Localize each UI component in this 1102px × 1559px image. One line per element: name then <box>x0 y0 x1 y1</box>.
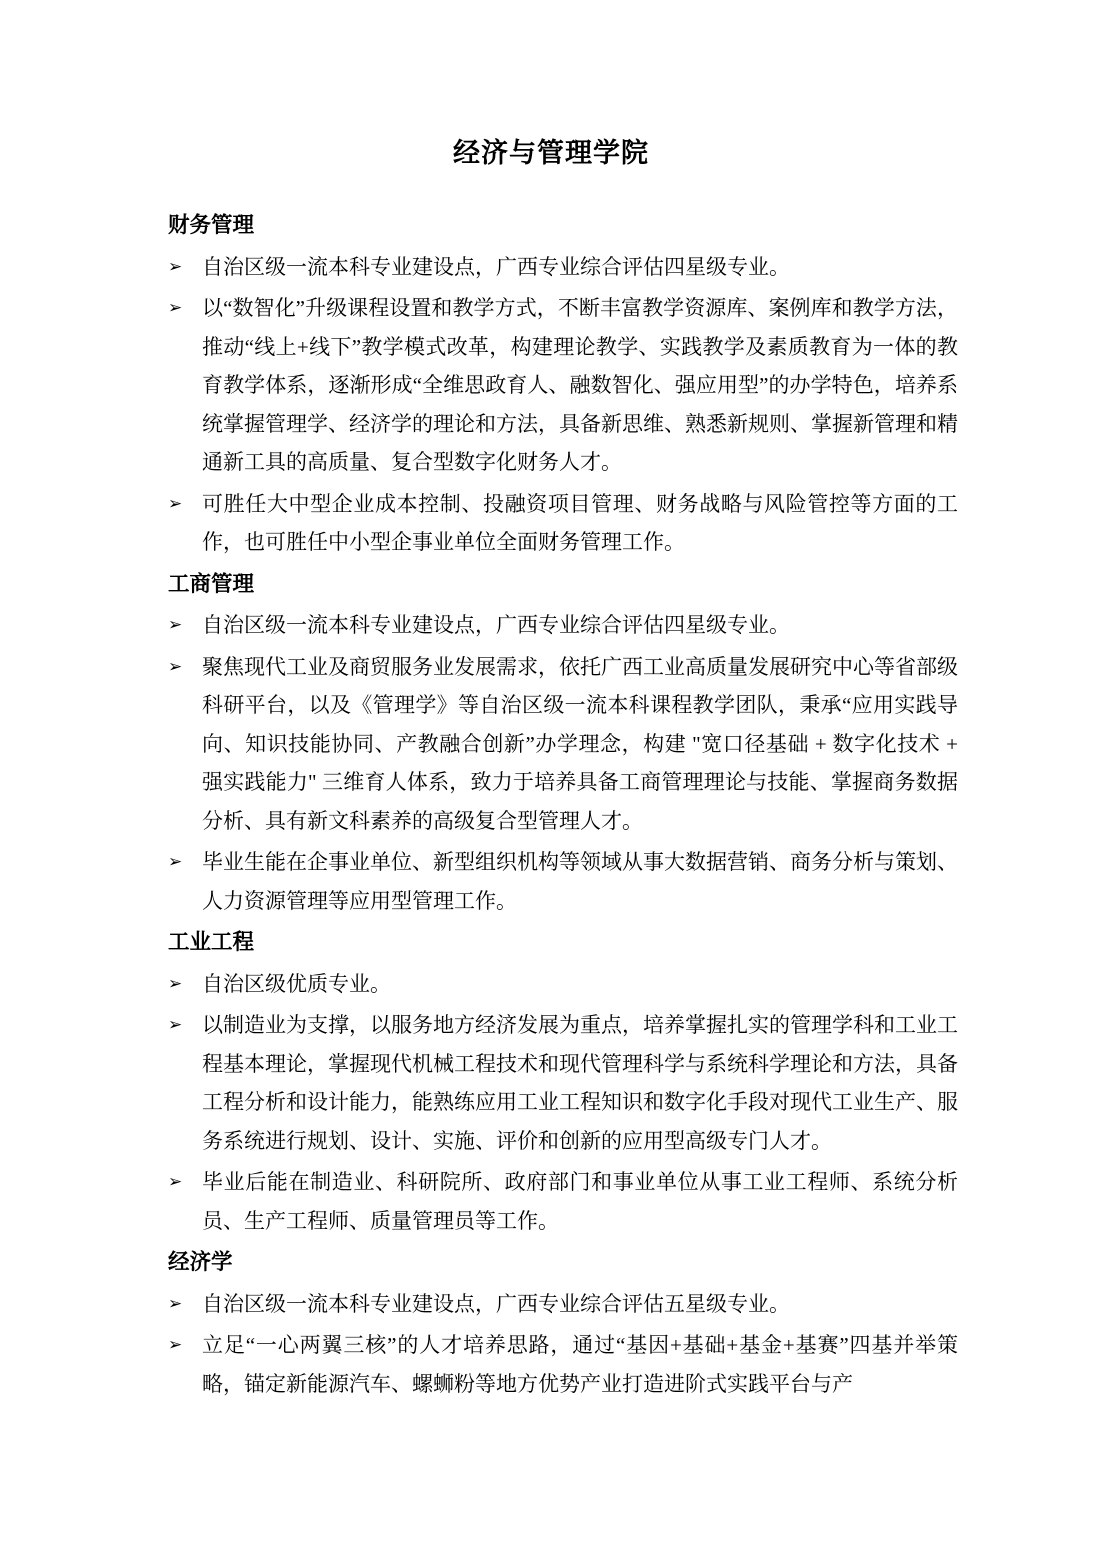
bullet-text: 自治区级优质专业。 <box>202 965 958 1004</box>
bullet-item: ➢ 毕业生能在企事业单位、新型组织机构等领域从事大数据营销、商务分析与策划、人力… <box>168 843 958 920</box>
section-business-administration: 工商管理 ➢ 自治区级一流本科专业建设点，广西专业综合评估四星级专业。 ➢ 聚焦… <box>168 565 958 921</box>
section-heading: 财务管理 <box>168 206 958 245</box>
arrow-bullet-icon: ➢ <box>168 843 202 920</box>
bullet-text: 可胜任大中型企业成本控制、投融资项目管理、财务战略与风险管控等方面的工作，也可胜… <box>202 485 958 562</box>
arrow-bullet-icon: ➢ <box>168 1163 202 1240</box>
bullet-text: 自治区级一流本科专业建设点，广西专业综合评估四星级专业。 <box>202 248 958 287</box>
bullet-item: ➢ 可胜任大中型企业成本控制、投融资项目管理、财务战略与风险管控等方面的工作，也… <box>168 485 958 562</box>
document-page: 经济与管理学院 财务管理 ➢ 自治区级一流本科专业建设点，广西专业综合评估四星级… <box>0 0 1102 1559</box>
bullet-item: ➢ 毕业后能在制造业、科研院所、政府部门和事业单位从事工业工程师、系统分析员、生… <box>168 1163 958 1240</box>
arrow-bullet-icon: ➢ <box>168 1326 202 1403</box>
bullet-text: 以制造业为支撑，以服务地方经济发展为重点，培养掌握扎实的管理学科和工业工程基本理… <box>202 1006 958 1160</box>
arrow-bullet-icon: ➢ <box>168 289 202 482</box>
arrow-bullet-icon: ➢ <box>168 648 202 841</box>
section-economics: 经济学 ➢ 自治区级一流本科专业建设点，广西专业综合评估五星级专业。 ➢ 立足“… <box>168 1243 958 1403</box>
bullet-text: 毕业生能在企事业单位、新型组织机构等领域从事大数据营销、商务分析与策划、人力资源… <box>202 843 958 920</box>
arrow-bullet-icon: ➢ <box>168 248 202 287</box>
section-heading: 工商管理 <box>168 565 958 604</box>
bullet-item: ➢ 自治区级一流本科专业建设点，广西专业综合评估五星级专业。 <box>168 1285 958 1324</box>
bullet-text: 以“数智化”升级课程设置和教学方式，不断丰富教学资源库、案例库和教学方法，推动“… <box>202 289 958 482</box>
section-heading: 工业工程 <box>168 923 958 962</box>
bullet-text: 聚焦现代工业及商贸服务业发展需求，依托广西工业高质量发展研究中心等省部级科研平台… <box>202 648 958 841</box>
bullet-item: ➢ 以制造业为支撑，以服务地方经济发展为重点，培养掌握扎实的管理学科和工业工程基… <box>168 1006 958 1160</box>
bullet-text: 毕业后能在制造业、科研院所、政府部门和事业单位从事工业工程师、系统分析员、生产工… <box>202 1163 958 1240</box>
bullet-text: 自治区级一流本科专业建设点，广西专业综合评估四星级专业。 <box>202 606 958 645</box>
bullet-item: ➢ 立足“一心两翼三核”的人才培养思路，通过“基因+基础+基金+基赛”四基并举策… <box>168 1326 958 1403</box>
document-body: 财务管理 ➢ 自治区级一流本科专业建设点，广西专业综合评估四星级专业。 ➢ 以“… <box>168 206 958 1403</box>
section-heading: 经济学 <box>168 1243 958 1282</box>
arrow-bullet-icon: ➢ <box>168 1006 202 1160</box>
arrow-bullet-icon: ➢ <box>168 965 202 1004</box>
section-industrial-engineering: 工业工程 ➢ 自治区级优质专业。 ➢ 以制造业为支撑，以服务地方经济发展为重点，… <box>168 923 958 1240</box>
section-financial-management: 财务管理 ➢ 自治区级一流本科专业建设点，广西专业综合评估四星级专业。 ➢ 以“… <box>168 206 958 562</box>
bullet-text: 自治区级一流本科专业建设点，广西专业综合评估五星级专业。 <box>202 1285 958 1324</box>
arrow-bullet-icon: ➢ <box>168 1285 202 1324</box>
bullet-text: 立足“一心两翼三核”的人才培养思路，通过“基因+基础+基金+基赛”四基并举策略，… <box>202 1326 958 1403</box>
bullet-item: ➢ 以“数智化”升级课程设置和教学方式，不断丰富教学资源库、案例库和教学方法，推… <box>168 289 958 482</box>
bullet-item: ➢ 聚焦现代工业及商贸服务业发展需求，依托广西工业高质量发展研究中心等省部级科研… <box>168 648 958 841</box>
bullet-item: ➢ 自治区级优质专业。 <box>168 965 958 1004</box>
page-title: 经济与管理学院 <box>0 0 1102 172</box>
arrow-bullet-icon: ➢ <box>168 485 202 562</box>
arrow-bullet-icon: ➢ <box>168 606 202 645</box>
bullet-item: ➢ 自治区级一流本科专业建设点，广西专业综合评估四星级专业。 <box>168 606 958 645</box>
bullet-item: ➢ 自治区级一流本科专业建设点，广西专业综合评估四星级专业。 <box>168 248 958 287</box>
